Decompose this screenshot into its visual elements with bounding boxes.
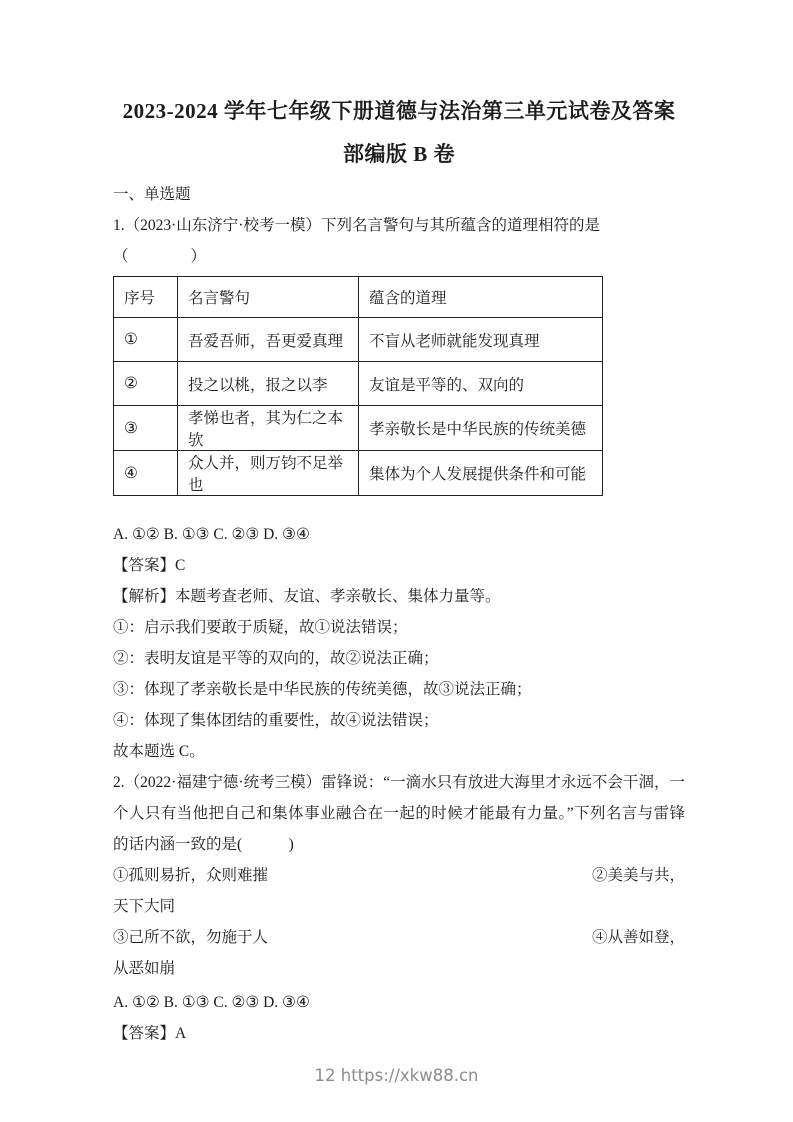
table-header-cell: 序号 xyxy=(114,277,178,318)
question-1-analysis-conclusion: 故本题选 C。 xyxy=(113,736,685,767)
question-1-stem: 1.（2023·山东济宁·校考一模）下列名言警句与其所蕴含的道理相符的是（ ） xyxy=(113,210,685,272)
question-1-analysis-line: 【解析】本题考查老师、友谊、孝亲敬长、集体力量等。 xyxy=(113,581,685,612)
question-1-analysis-line: ④：体现了集体团结的重要性，故④说法错误； xyxy=(113,705,685,736)
table-cell: ③ xyxy=(114,406,178,451)
table-cell: ① xyxy=(114,318,178,362)
question-2-option-4: ④从善如登， xyxy=(592,922,685,953)
table-cell: 众人并，则万钧不足举也 xyxy=(178,451,359,496)
question-2-option-1: ①孤则易折，众则难摧 xyxy=(113,860,268,891)
question-2-option-row: ③己所不欲，勿施于人 ④从善如登， xyxy=(113,922,685,953)
section-header: 一、单选题 xyxy=(113,179,685,210)
table-header-cell: 名言警句 xyxy=(178,277,359,318)
table-row: ① 吾爱吾师，吾更爱真理 不盲从老师就能发现真理 xyxy=(114,318,603,362)
question-1-analysis-line: ③：体现了孝亲敬长是中华民族的传统美德，故③说法正确； xyxy=(113,674,685,705)
question-2-option-3: ③己所不欲，勿施于人 xyxy=(113,922,268,953)
question-2-option-4-wrap: 从恶如崩 xyxy=(113,953,685,984)
question-2-option-row: ①孤则易折，众则难摧 ②美美与共， xyxy=(113,860,685,891)
question-2-abcd-options: A. ①② B. ①③ C. ②③ D. ③④ xyxy=(113,987,685,1018)
question-1-analysis-line: ①：启示我们要敢于质疑，故①说法错误； xyxy=(113,612,685,643)
question-1-analysis-line: ②：表明友谊是平等的双向的，故②说法正确； xyxy=(113,643,685,674)
page-title-line1: 2023-2024 学年七年级下册道德与法治第三单元试卷及答案 xyxy=(113,96,685,126)
table-row: ③ 孝悌也者，其为仁之本欤 孝亲敬长是中华民族的传统美德 xyxy=(114,406,603,451)
question-1-answer: 【答案】C xyxy=(113,550,685,581)
page-title-line2: 部编版 B 卷 xyxy=(113,139,685,169)
question-2-option-2: ②美美与共， xyxy=(592,860,685,891)
table-header-row: 序号 名言警句 蕴含的道理 xyxy=(114,277,603,318)
question-1-table: 序号 名言警句 蕴含的道理 ① 吾爱吾师，吾更爱真理 不盲从老师就能发现真理 ②… xyxy=(113,276,603,496)
table-cell: 友谊是平等的、双向的 xyxy=(359,362,603,406)
question-1-abcd-options: A. ①② B. ①③ C. ②③ D. ③④ xyxy=(113,519,685,550)
table-row: ② 投之以桃，报之以李 友谊是平等的、双向的 xyxy=(114,362,603,406)
question-2-answer: 【答案】A xyxy=(113,1018,685,1049)
table-cell: 集体为个人发展提供条件和可能 xyxy=(359,451,603,496)
table-cell: ④ xyxy=(114,451,178,496)
page-footer-url: 12 https://xkw88.cn xyxy=(0,1062,793,1090)
table-cell: 不盲从老师就能发现真理 xyxy=(359,318,603,362)
page-content: 2023-2024 学年七年级下册道德与法治第三单元试卷及答案 部编版 B 卷 … xyxy=(113,0,685,1049)
table-cell: 孝悌也者，其为仁之本欤 xyxy=(178,406,359,451)
table-cell: 孝亲敬长是中华民族的传统美德 xyxy=(359,406,603,451)
table-header-cell: 蕴含的道理 xyxy=(359,277,603,318)
table-cell: 吾爱吾师，吾更爱真理 xyxy=(178,318,359,362)
question-2-stem: 2.（2022·福建宁德·统考三模）雷锋说：“一滴水只有放进大海里才永远不会干涸… xyxy=(113,767,685,860)
question-2-option-2-wrap: 天下大同 xyxy=(113,891,685,922)
table-cell: ② xyxy=(114,362,178,406)
table-row: ④ 众人并，则万钧不足举也 集体为个人发展提供条件和可能 xyxy=(114,451,603,496)
table-cell: 投之以桃，报之以李 xyxy=(178,362,359,406)
exam-document-page: 2023-2024 学年七年级下册道德与法治第三单元试卷及答案 部编版 B 卷 … xyxy=(0,0,793,1122)
